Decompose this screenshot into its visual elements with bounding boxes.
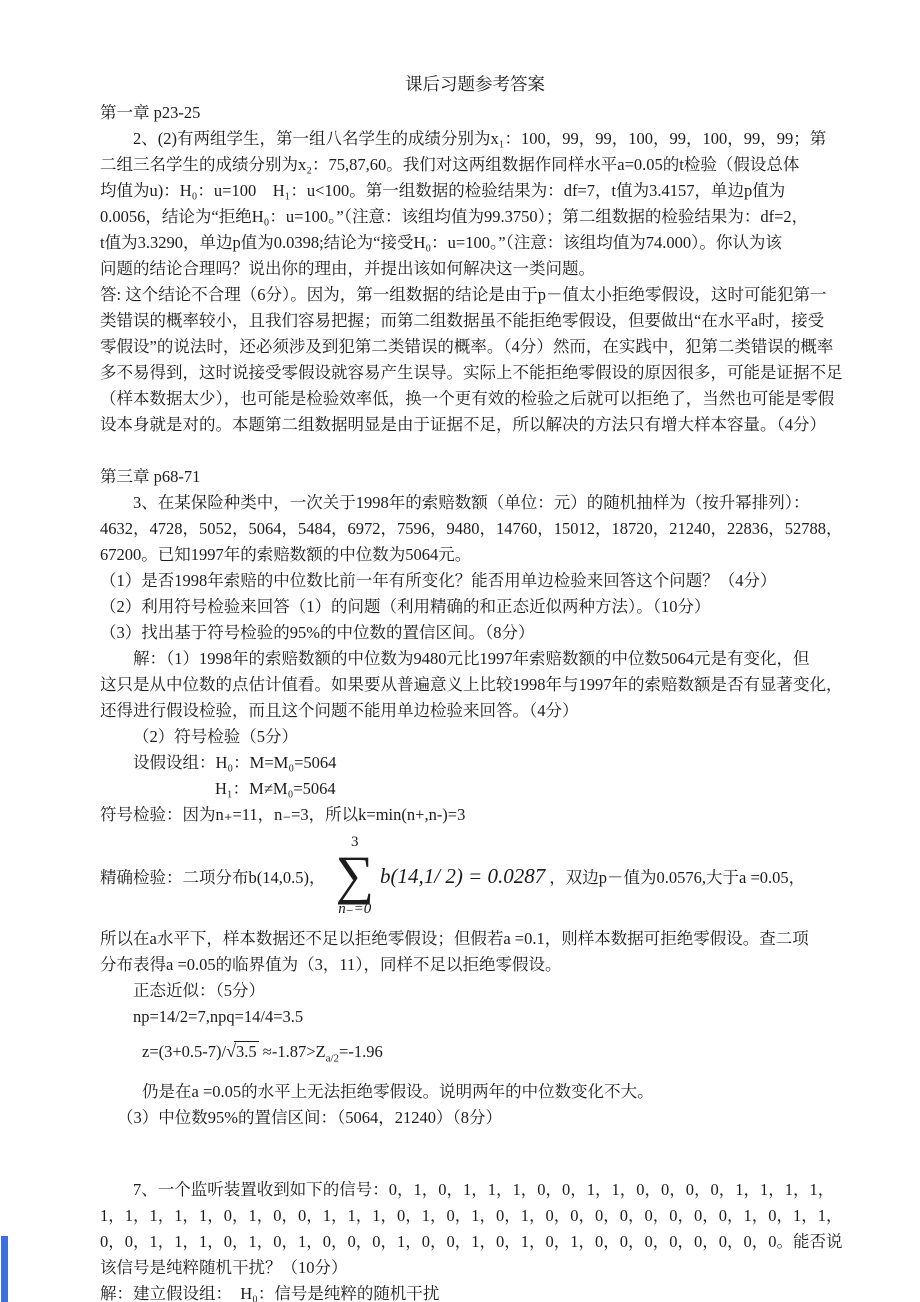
summation-symbol: 3 ∑ n₋=0 bbox=[336, 834, 375, 918]
question-item-line: （3）找出基于符号检验的95%的中位数的置信区间。（8分） bbox=[100, 620, 850, 646]
text-line: 均值为u)：H₀：u=100 H₁：u<100。第一组数据的检验结果为：df=7… bbox=[100, 178, 850, 204]
z-mid: ≈-1.87>Z bbox=[259, 1042, 326, 1061]
np-line: np=14/2=7,npq=14/4=3.5 bbox=[100, 1004, 850, 1030]
text-line: 设本身就是对的。本题第二组数据明显是由于证据不足，所以解决的方法只有增大样本容量… bbox=[100, 412, 850, 438]
signal-line: 7、一个监听装置收到如下的信号：0，1，0，1，1，1，0，0，1，1，0，0，… bbox=[100, 1177, 850, 1203]
radicand: 3.5 bbox=[234, 1041, 259, 1061]
text-line: 类错误的概率较小，且我们容易把握；而第二组数据虽不能拒绝零假设，但要做出“在水平… bbox=[100, 308, 850, 334]
conclusion-line: 仍是在a =0.05的水平上无法拒绝零假设。说明两年的中位数变化不大。 bbox=[100, 1079, 850, 1105]
text-line: 这只是从中位数的点估计值看。如果要从普遍意义上比较1998年与1997年的索赔数… bbox=[100, 672, 850, 698]
answer-line: 解：（1）1998年的索赔数额的中位数为9480元比1997年索赔数额的中位数5… bbox=[100, 646, 850, 672]
document-page: 课后习题参考答案 第一章 p23-25 2、(2)有两组学生，第一组八名学生的成… bbox=[0, 0, 920, 1302]
text-line: 分布表得a =0.05的临界值为（3，11），同样不足以拒绝零假设。 bbox=[100, 952, 850, 978]
hypothesis-h1-line: H₁：M≠M₀=5064 bbox=[100, 776, 850, 802]
text-line: 二组三名学生的成绩分别为x₂：75,87,60。我们对这两组数据作同样水平a=0… bbox=[100, 152, 850, 178]
z-subscript: a/2 bbox=[326, 1052, 339, 1064]
z-post: =-1.96 bbox=[339, 1042, 383, 1061]
signal-line: 1，1，1，1，1，0，1，0，0，1，1，1，0，1，0，1，0，1，0，0，… bbox=[100, 1203, 850, 1229]
chapter3-heading: 第三章 p68-71 bbox=[100, 464, 850, 490]
sigma-glyph: ∑ bbox=[336, 851, 375, 901]
exact-test-formula: 精确检验：二项分布b(14,0.5)， 3 ∑ n₋=0 b(14,1/ 2) … bbox=[100, 828, 850, 926]
text-line: 67200。已知1997年的索赔数额的中位数为5064元。 bbox=[100, 542, 850, 568]
section-gap bbox=[100, 438, 850, 464]
page-title: 课后习题参考答案 bbox=[100, 70, 850, 98]
formula-prefix: 精确检验：二项分布b(14,0.5)， bbox=[100, 864, 326, 888]
text-line: 零假设”的说法时，还必须涉及到犯第二类错误的概率。（4分）然而，在实践中，犯第二… bbox=[100, 334, 850, 360]
summation-lower-limit: n₋=0 bbox=[338, 900, 371, 918]
answer-line: 解：建立假设组： H₀：信号是纯粹的随机干扰 bbox=[100, 1281, 850, 1302]
text-line: 还得进行假设检验，而且这个问题不能用单边检验来回答。（4分） bbox=[100, 698, 850, 724]
confidence-interval-line: （3）中位数95%的置信区间：（5064，21240）（8分） bbox=[100, 1105, 850, 1131]
question-item-line: （2）利用符号检验来回答（1）的问题（利用精确的和正态近似两种方法）。（10分） bbox=[100, 594, 850, 620]
left-edge-marker bbox=[1, 1236, 8, 1302]
text-line: 该信号是纯粹随机干扰？（10分） bbox=[100, 1255, 850, 1281]
signal-line: 0，0，1，1，1，0，1，0，1，0，0，0，1，0，0，1，0，1，0，1，… bbox=[100, 1229, 850, 1255]
text-line: 3、在某保险种类中，一次关于1998年的索赔数额（单位：元）的随机抽样为（按升幂… bbox=[100, 490, 850, 516]
answer-line: 答: 这个结论不合理（6分）。因为，第一组数据的结论是由于p－值太小拒绝零假设，… bbox=[100, 282, 850, 308]
z-formula: z=(3+0.5-7)/√3.5 ≈-1.87>Za/2=-1.96 bbox=[100, 1030, 850, 1079]
data-values-line: 4632，4728，5052，5064，5484，6972，7596，9480，… bbox=[100, 516, 850, 542]
text-line: 0.0056，结论为“拒绝H₀：u=100。”（注意：该组均值为99.3750）… bbox=[100, 204, 850, 230]
section-gap bbox=[100, 1131, 850, 1177]
chapter1-heading: 第一章 p23-25 bbox=[100, 100, 850, 126]
formula-suffix: ，双边p－值为0.0576,大于a =0.05， bbox=[549, 864, 805, 888]
normal-approx-heading: 正态近似：（5分） bbox=[100, 978, 850, 1004]
text-line: （样本数据太少），也可能是检验效率低，换一个更有效的检验之后就可以拒绝了，当然也… bbox=[100, 386, 850, 412]
text-line: t值为3.3290，单边p值为0.0398;结论为“接受H₀：u=100。”（注… bbox=[100, 230, 850, 256]
question-item-line: （1）是否1998年索赔的中位数比前一年有所变化？能否用单边检验来回答这个问题？… bbox=[100, 568, 850, 594]
hypothesis-h0-line: 设假设组：H₀：M=M₀=5064 bbox=[100, 750, 850, 776]
text-line: 所以在a水平下，样本数据还不足以拒绝零假设；但假若a =0.1，则样本数据可拒绝… bbox=[100, 926, 850, 952]
text-line: 2、(2)有两组学生，第一组八名学生的成绩分别为x₁：100，99，99，100… bbox=[100, 126, 850, 152]
text-line: 问题的结论合理吗？说出你的理由，并提出该如何解决这一类问题。 bbox=[100, 256, 850, 282]
z-pre: z=(3+0.5-7)/ bbox=[142, 1042, 226, 1061]
sign-test-heading: （2）符号检验（5分） bbox=[100, 724, 850, 750]
text-line: 多不易得到，这时说接受零假设就容易产生误导。实际上不能拒绝零假设的原因很多，可能… bbox=[100, 360, 850, 386]
sign-test-line: 符号检验：因为n₊=11，n₋=3，所以k=min(n+,n-)=3 bbox=[100, 802, 850, 828]
summation-expression: b(14,1/ 2) = 0.0287 bbox=[380, 864, 549, 889]
